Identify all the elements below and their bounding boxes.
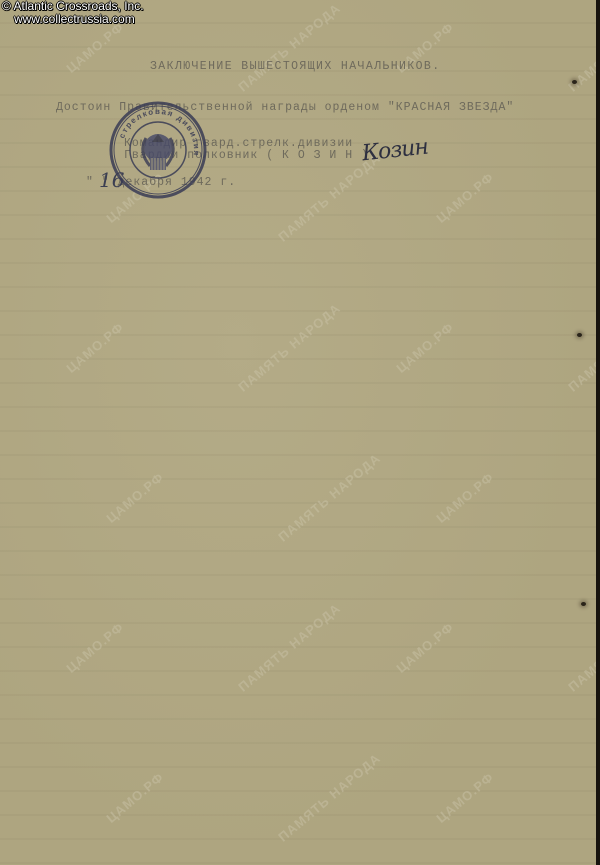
scan-border: [596, 0, 600, 865]
watermark-text: ЦАМО.РФ: [63, 619, 126, 676]
paper-hole-mark: [572, 80, 577, 84]
watermark-text: ЦАМО.РФ: [63, 319, 126, 376]
watermark-text: ЦАМО.РФ: [393, 619, 456, 676]
watermark-text: ПАМЯТЬ НАРОДА: [235, 300, 343, 394]
watermark-text: ПАМЯТЬ НАРОДА: [565, 600, 596, 694]
paper-hole-mark: [581, 602, 586, 606]
copyright-notice: © Atlantic Crossroads, Inc. www.collectr…: [2, 0, 144, 26]
document-page: ЦАМО.РФПАМЯТЬ НАРОДАЦАМО.РФПАМЯТЬ НАРОДА…: [0, 0, 596, 865]
watermark-text: ЦАМО.РФ: [433, 769, 496, 826]
watermark-text: ПАМЯТЬ НАРОДА: [235, 0, 343, 94]
watermark-text: ПАМЯТЬ НАРОДА: [565, 300, 596, 394]
watermark-text: ЦАМО.РФ: [433, 469, 496, 526]
watermark-text: ПАМЯТЬ НАРОДА: [275, 450, 383, 544]
paper-hole-mark: [577, 333, 582, 337]
watermark-text: ПАМЯТЬ НАРОДА: [275, 750, 383, 844]
watermark-text: ЦАМО.РФ: [103, 769, 166, 826]
official-seal-stamp: стрелковая дивизия: [108, 100, 208, 200]
watermark-text: ЦАМО.РФ: [433, 169, 496, 226]
copyright-website: www.collectrussia.com: [2, 13, 144, 26]
signature: Козин: [361, 135, 429, 167]
watermark-text: ПАМЯТЬ НАРОДА: [235, 600, 343, 694]
watermark-text: ЦАМО.РФ: [393, 319, 456, 376]
document-title: ЗАКЛЮЧЕНИЕ ВЫШЕСТОЯЩИХ НАЧАЛЬНИКОВ.: [150, 60, 441, 73]
watermark-text: ЦАМО.РФ: [103, 469, 166, 526]
watermark-text: ЦАМО.РФ: [63, 19, 126, 76]
coat-of-arms-icon: [143, 134, 173, 170]
watermark-text: ПАМЯТЬ НАРОДА: [565, 0, 596, 94]
